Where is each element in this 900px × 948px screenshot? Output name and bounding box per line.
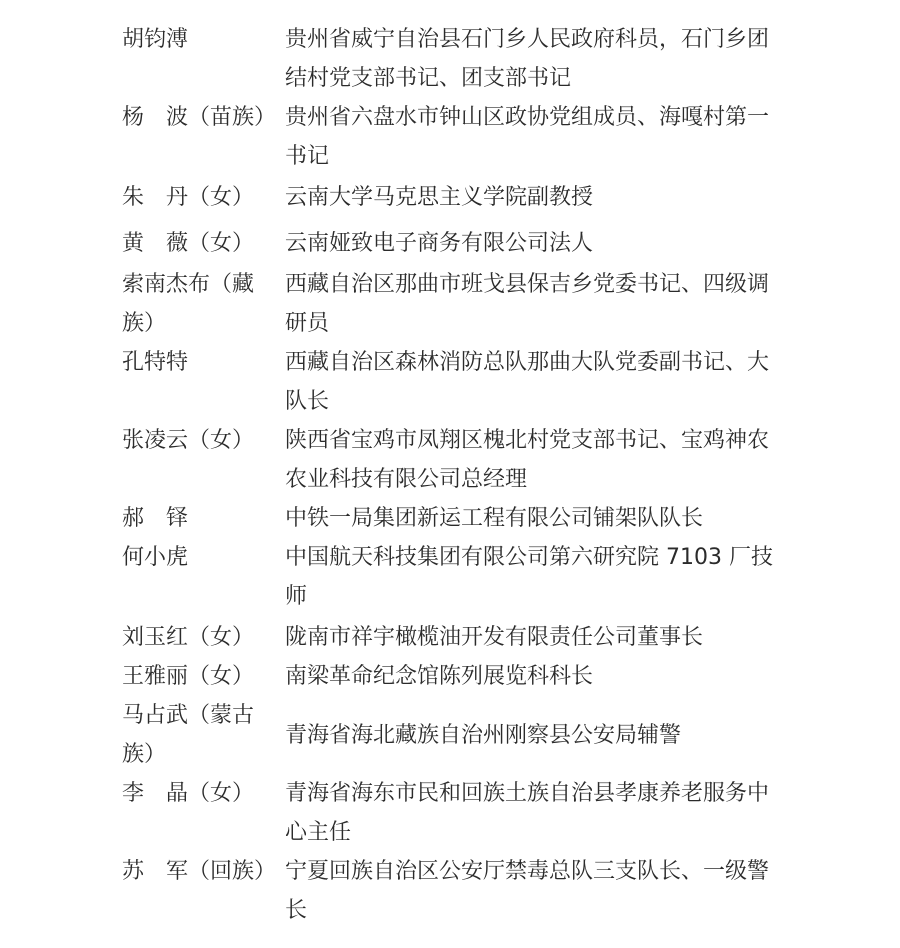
person-title: 南梁革命纪念馆陈列展览科科长	[285, 657, 782, 696]
person-name: 何小虎	[122, 538, 285, 577]
person-title: 中铁一局集团新运工程有限公司铺架队队长	[285, 499, 782, 538]
person-title: 陇南市祥宇橄榄油开发有限责任公司董事长	[285, 618, 782, 657]
person-title: 宁夏回族自治区公安厅禁毒总队三支队长、一级警长	[285, 852, 782, 930]
person-title: 西藏自治区森林消防总队那曲大队党委副书记、大队长	[285, 343, 782, 421]
list-item: 杨 波（苗族） 贵州省六盘水市钟山区政协党组成员、海嘎村第一书记	[122, 98, 782, 176]
person-name: 刘玉红（女）	[122, 618, 285, 657]
person-name: 黄 薇（女）	[122, 224, 285, 263]
person-name: 苏 军（回族）	[122, 852, 285, 891]
person-name: 孔特特	[122, 343, 285, 382]
person-title: 中国航天科技集团有限公司第六研究院 7103 厂技师	[285, 538, 782, 616]
list-item: 张凌云（女） 陕西省宝鸡市凤翔区槐北村党支部书记、宝鸡神农农业科技有限公司总经理	[122, 421, 782, 499]
person-name: 郝 铎	[122, 499, 285, 538]
person-name: 马占武（蒙古族）	[122, 696, 285, 774]
list-item: 王雅丽（女） 南梁革命纪念馆陈列展览科科长	[122, 657, 782, 696]
list-item: 索南杰布（藏族） 西藏自治区那曲市班戈县保吉乡党委书记、四级调研员	[122, 265, 782, 343]
person-name: 索南杰布（藏族）	[122, 265, 285, 343]
list-item: 马占武（蒙古族） 青海省海北藏族自治州刚察县公安局辅警	[122, 696, 782, 774]
list-item: 胡钧溥 贵州省威宁自治县石门乡人民政府科员，石门乡团结村党支部书记、团支部书记	[122, 20, 782, 98]
person-title: 青海省海东市民和回族土族自治县孝康养老服务中心主任	[285, 774, 782, 852]
person-title: 西藏自治区那曲市班戈县保吉乡党委书记、四级调研员	[285, 265, 782, 343]
person-title: 青海省海北藏族自治州刚察县公安局辅警	[285, 716, 782, 755]
list-item: 何小虎 中国航天科技集团有限公司第六研究院 7103 厂技师	[122, 538, 782, 616]
list-item: 李 晶（女） 青海省海东市民和回族土族自治县孝康养老服务中心主任	[122, 774, 782, 852]
person-name: 张凌云（女）	[122, 421, 285, 460]
list-item: 朱 丹（女） 云南大学马克思主义学院副教授	[122, 178, 782, 217]
person-name: 杨 波（苗族）	[122, 98, 285, 137]
person-name: 朱 丹（女）	[122, 178, 285, 217]
honoree-list: 胡钧溥 贵州省威宁自治县石门乡人民政府科员，石门乡团结村党支部书记、团支部书记 …	[122, 20, 782, 930]
list-item: 孔特特 西藏自治区森林消防总队那曲大队党委副书记、大队长	[122, 343, 782, 421]
person-title: 陕西省宝鸡市凤翔区槐北村党支部书记、宝鸡神农农业科技有限公司总经理	[285, 421, 782, 499]
list-item: 苏 军（回族） 宁夏回族自治区公安厅禁毒总队三支队长、一级警长	[122, 852, 782, 930]
person-title: 贵州省六盘水市钟山区政协党组成员、海嘎村第一书记	[285, 98, 782, 176]
person-name: 王雅丽（女）	[122, 657, 285, 696]
person-title: 贵州省威宁自治县石门乡人民政府科员，石门乡团结村党支部书记、团支部书记	[285, 20, 782, 98]
person-name: 胡钧溥	[122, 20, 285, 59]
person-title: 云南大学马克思主义学院副教授	[285, 178, 782, 217]
person-title: 云南娅致电子商务有限公司法人	[285, 224, 782, 263]
list-item: 黄 薇（女） 云南娅致电子商务有限公司法人	[122, 224, 782, 263]
person-name: 李 晶（女）	[122, 774, 285, 813]
list-item: 刘玉红（女） 陇南市祥宇橄榄油开发有限责任公司董事长	[122, 618, 782, 657]
list-item: 郝 铎 中铁一局集团新运工程有限公司铺架队队长	[122, 499, 782, 538]
